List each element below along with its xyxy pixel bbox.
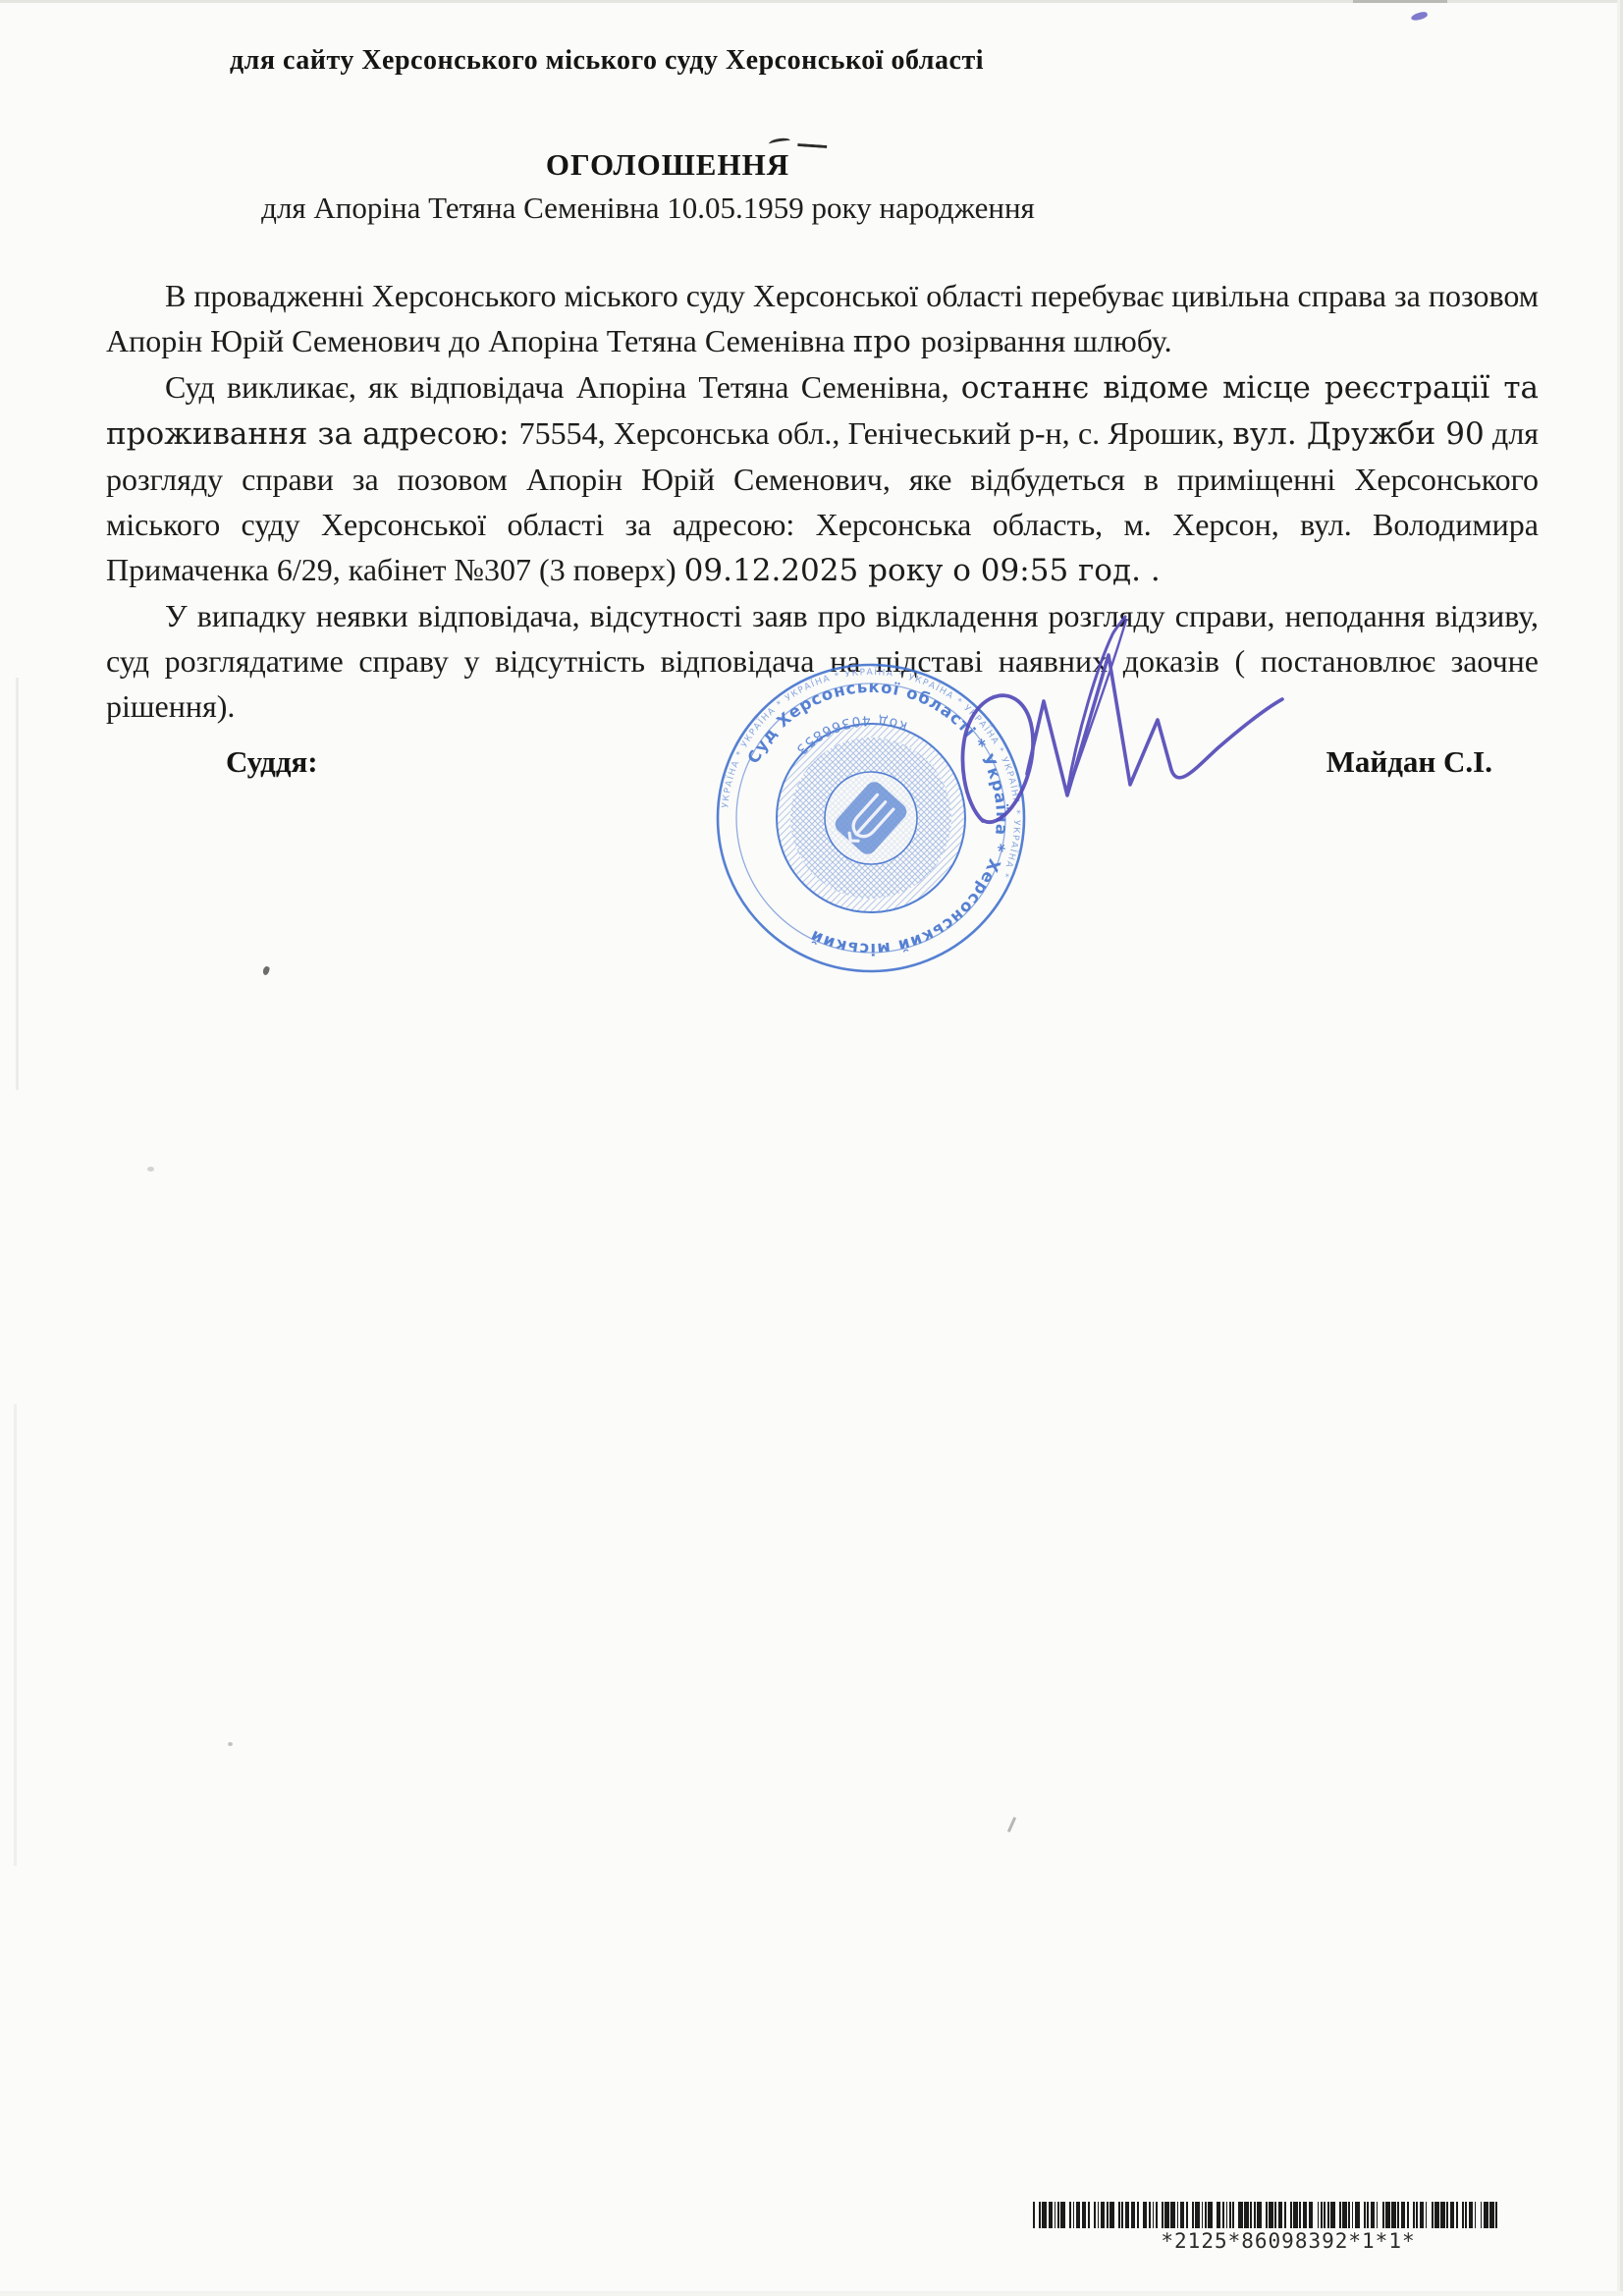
page-title: ОГОЛОШЕННЯ xyxy=(0,147,1335,183)
text-segment: вул. Дружби 90 xyxy=(1232,416,1484,452)
barcode-label: *2125*86098392*1*1* xyxy=(1033,2229,1543,2253)
paragraph: В провадженні Херсонського міського суду… xyxy=(106,273,1539,364)
barcode-bars xyxy=(1033,2202,1543,2228)
text-segment: розірвання шлюбу. xyxy=(921,323,1172,358)
handwritten-signature xyxy=(913,584,1325,879)
judge-label: Суддя: xyxy=(226,744,318,780)
scan-artifact xyxy=(1007,1817,1016,1832)
scan-artifact xyxy=(228,1742,233,1746)
scan-artifact xyxy=(0,2291,1623,2296)
document-header: для сайту Херсонського міського суду Хер… xyxy=(0,45,1214,77)
text-segment: про xyxy=(853,324,921,359)
scan-artifact xyxy=(14,1404,17,1866)
scan-artifact xyxy=(147,1167,154,1172)
scan-artifact xyxy=(1353,0,1447,3)
text-segment: В провадженні Херсонського міського суду… xyxy=(106,278,1539,358)
judge-name: Майдан С.І. xyxy=(1326,744,1492,780)
scan-artifact xyxy=(769,137,791,147)
barcode: *2125*86098392*1*1* xyxy=(1033,2202,1543,2253)
text-segment: 09.12.2025 року о 09:55 год. . xyxy=(684,553,1161,588)
scan-artifact xyxy=(262,965,270,975)
text-segment: 75554, Херсонська обл., Генічеський р-н,… xyxy=(519,415,1233,451)
scan-artifact xyxy=(1410,11,1428,22)
scan-artifact xyxy=(16,678,19,1090)
paragraph: Суд викликає, як відповідача Апоріна Тет… xyxy=(106,364,1539,593)
text-segment: Суд викликає, як відповідача Апоріна Тет… xyxy=(165,369,961,405)
scanned-court-announcement-page: для сайту Херсонського міського суду Хер… xyxy=(0,0,1623,2296)
document-subtitle: для Апоріна Тетяна Семенівна 10.05.1959 … xyxy=(0,191,1296,226)
